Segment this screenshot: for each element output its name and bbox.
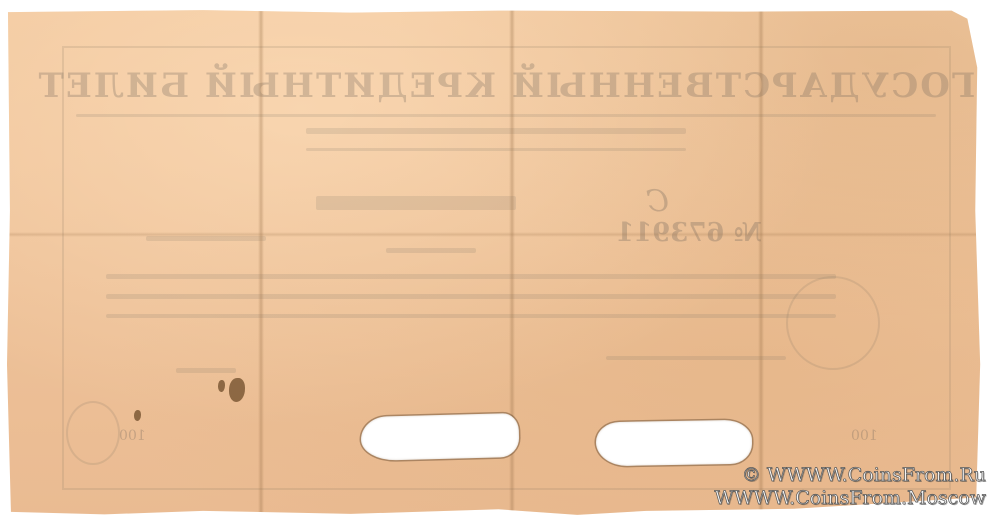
ghost-script-letter: С [646, 184, 669, 219]
watermark-line-moscow: WWWW.CoinsFrom.Moscow [714, 487, 986, 510]
ghost-title-print: ГОСУДАРСТВЕННЫЙ КРЕДИТНЫЙ БИЛЕТ [76, 66, 936, 106]
photo-stage: ГОСУДАРСТВЕННЫЙ КРЕДИТНЫЙ БИЛЕТ С № 6739… [0, 0, 1000, 525]
ghost-text-line [386, 248, 476, 253]
ghost-rule [306, 148, 686, 151]
horizontal-fold [6, 232, 991, 237]
ghost-text-line [106, 274, 836, 279]
watermark-line-ru: © WWWW.CoinsFrom.Ru [714, 464, 986, 487]
ghost-text-line [106, 314, 836, 318]
vertical-fold [758, 6, 764, 518]
ghost-medallion [786, 276, 880, 370]
ghost-denomination: 100 [851, 428, 878, 444]
ghost-text-line [106, 294, 836, 299]
vertical-fold [258, 6, 264, 518]
cancellation-hole [360, 413, 519, 461]
ghost-rule [76, 114, 936, 117]
ghost-text-line [176, 368, 236, 373]
copyright-watermark: © WWWW.CoinsFrom.Ru WWWW.CoinsFrom.Mosco… [714, 464, 986, 510]
ghost-text-line [306, 128, 686, 134]
ghost-denomination-oval [66, 401, 120, 465]
cancellation-hole [596, 420, 753, 467]
ghost-text-line [316, 196, 516, 210]
ghost-denomination: 100 [119, 428, 146, 444]
